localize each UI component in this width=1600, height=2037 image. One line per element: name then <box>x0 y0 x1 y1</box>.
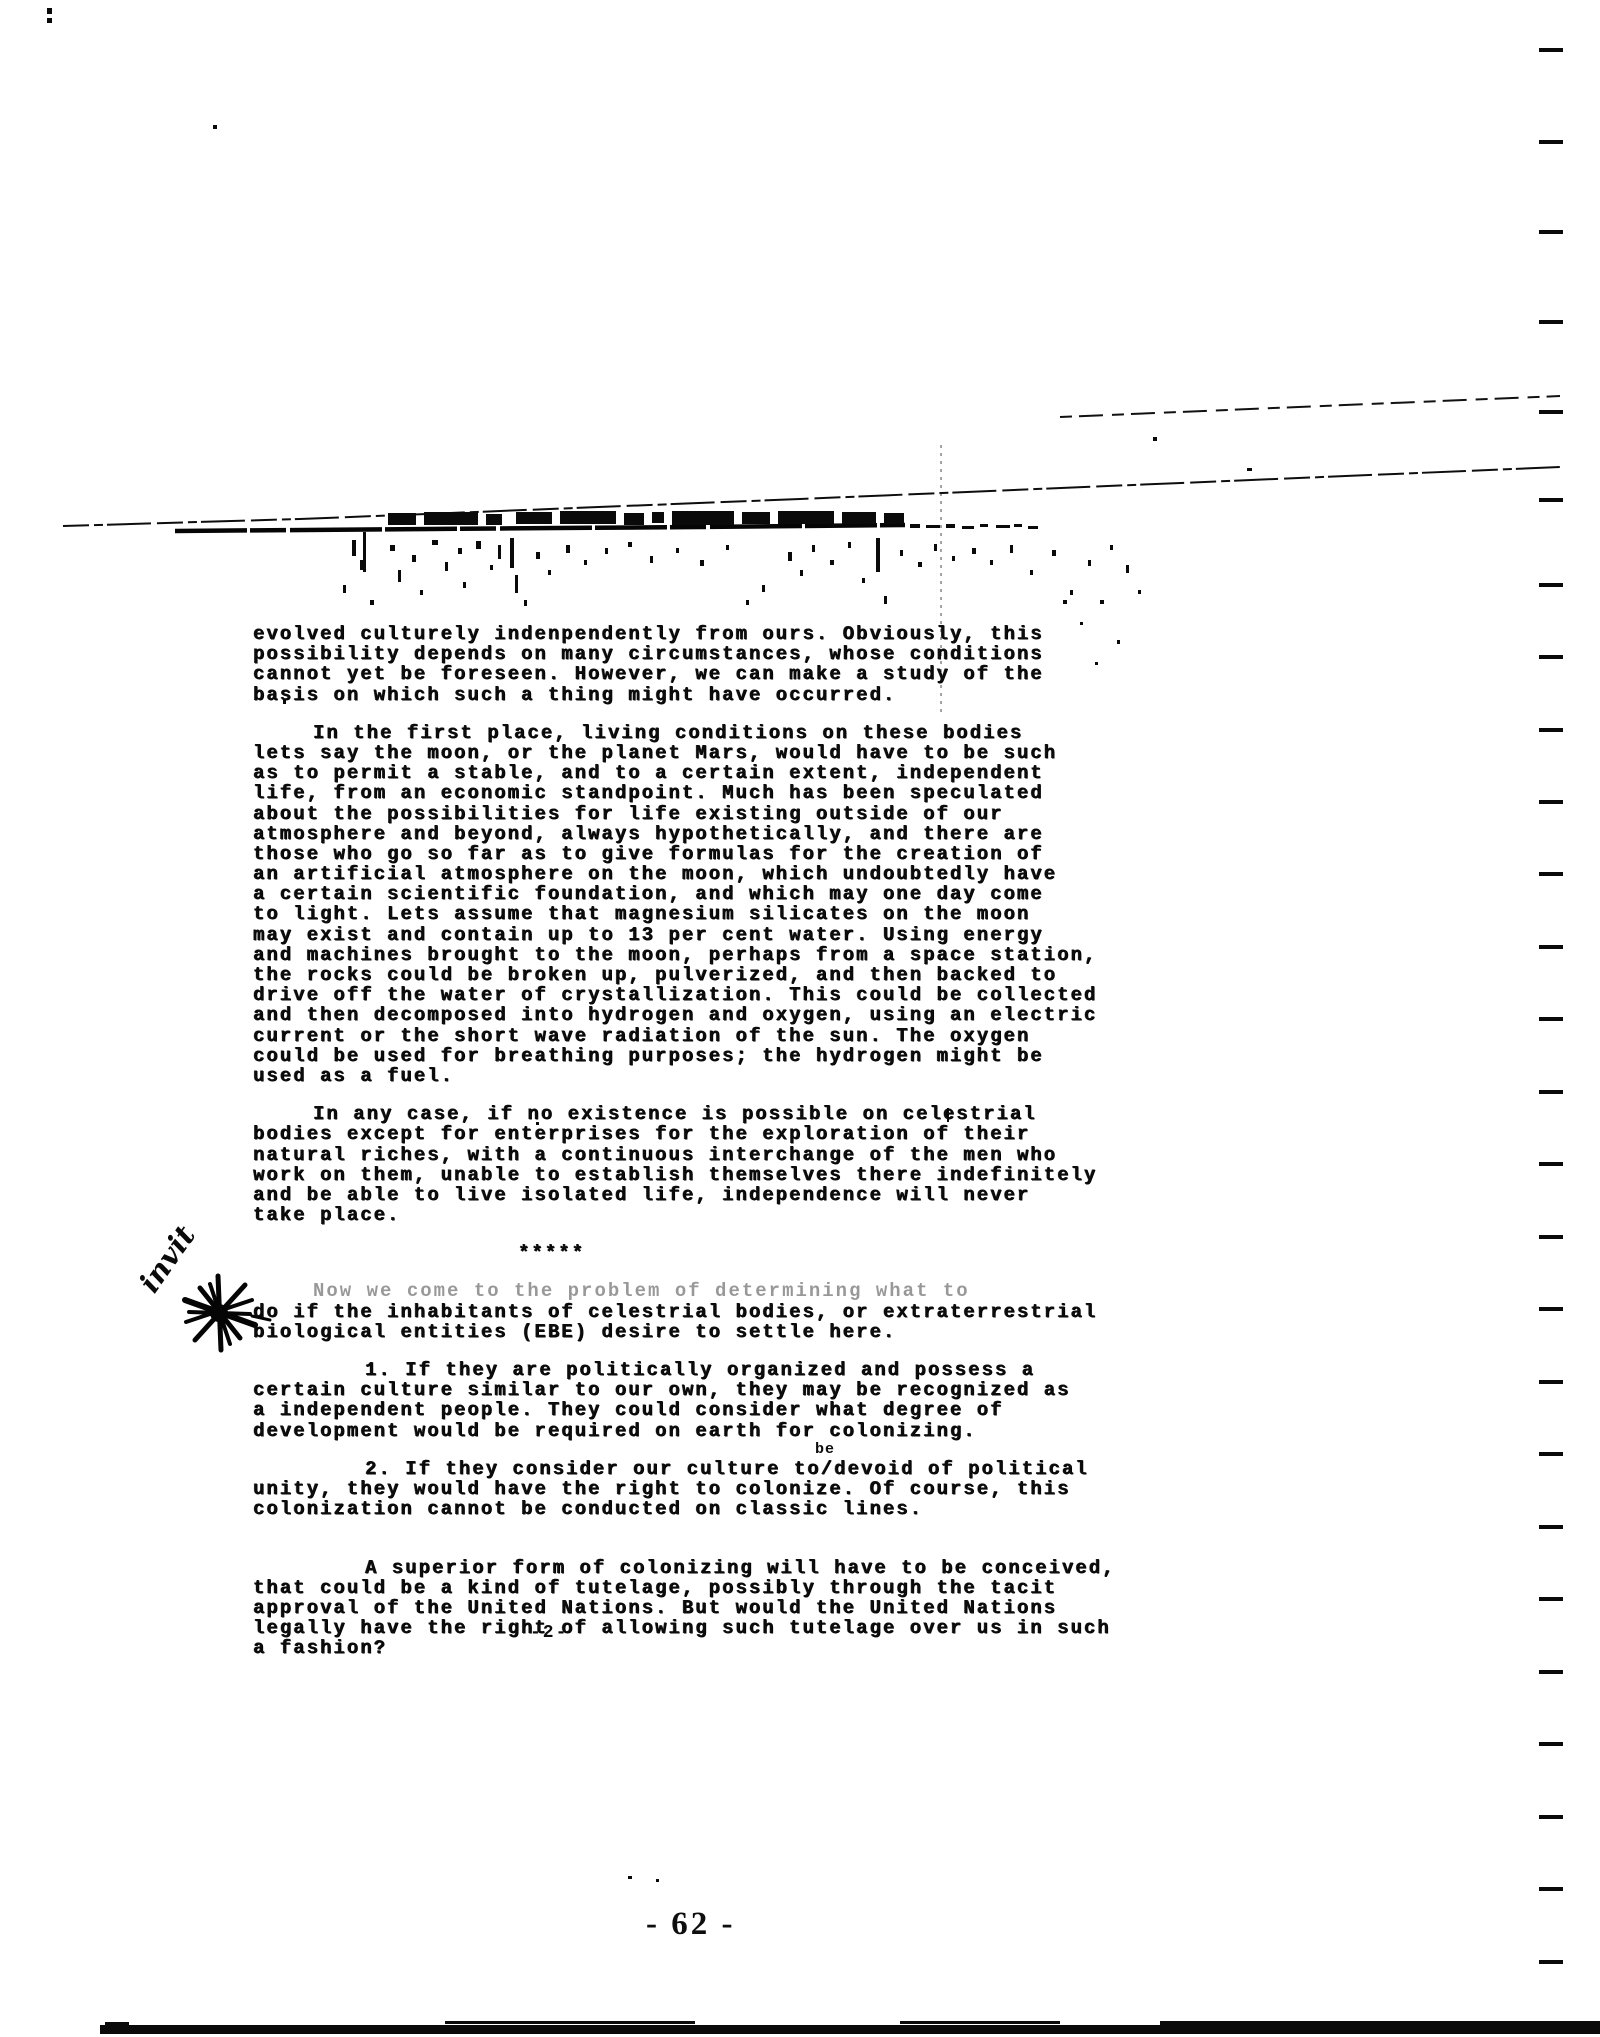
scan-speckle <box>343 585 346 593</box>
edge-mark <box>1539 655 1563 659</box>
scan-smudge-block <box>672 511 734 525</box>
text-line: biological entities (EBE) desire to sett… <box>253 1322 1193 1342</box>
handwritten-note: invit <box>132 1219 202 1299</box>
scan-speckle <box>746 600 749 605</box>
text-line: bodies except for enterprises for the ex… <box>253 1124 1193 1144</box>
scan-smudge-block <box>486 514 502 525</box>
scan-smudge-block <box>516 512 552 524</box>
scan-speckle <box>363 532 366 572</box>
scan-speckle <box>900 550 903 556</box>
scan-speckle <box>445 562 448 571</box>
scan-bottom-bar <box>105 2022 129 2026</box>
document-text: evolved culturely indenpendently from ou… <box>253 624 1193 1658</box>
text-line: In the first place, living conditions on… <box>253 723 1193 743</box>
paragraph-1: evolved culturely indenpendently from ou… <box>253 624 1193 705</box>
page-number: - 62 - <box>646 1906 735 1943</box>
paragraph-2: In the first place, living conditions on… <box>253 723 1193 1086</box>
edge-mark <box>1539 48 1563 52</box>
scan-speckle <box>830 560 834 565</box>
text-line: natural riches, with a continuous interc… <box>253 1145 1193 1165</box>
scan-speckle <box>990 560 993 565</box>
text-line: do if the inhabitants of celestrial bodi… <box>253 1302 1193 1322</box>
text-line: used as a fuel. <box>253 1066 1193 1086</box>
edge-mark <box>1539 728 1563 732</box>
text-line: take place. <box>253 1205 1193 1225</box>
edge-mark <box>1539 1887 1563 1891</box>
scan-speckle <box>510 538 514 568</box>
scan-smudge-block <box>388 513 416 525</box>
text-line: a certain scientific foundation, and whi… <box>253 884 1193 904</box>
edge-mark <box>1539 1525 1563 1529</box>
edge-mark <box>1539 1597 1563 1601</box>
paragraph-4: Now we come to the problem of determinin… <box>253 1281 1193 1342</box>
text-line: possibility depends on many circumstance… <box>253 644 1193 664</box>
scan-smudge-block <box>624 513 644 525</box>
scan-speckle <box>726 545 729 550</box>
scan-speckle <box>952 556 955 561</box>
scan-speckle <box>476 541 481 549</box>
edge-mark <box>1539 1090 1563 1094</box>
scan-speckle <box>213 125 217 129</box>
scan-speckle <box>884 596 887 604</box>
edge-mark <box>1539 1380 1563 1384</box>
numbered-item-2: 2. If they consider our culture to/devoi… <box>253 1459 1193 1540</box>
edge-mark <box>1539 498 1563 502</box>
scan-speckle <box>1126 565 1129 573</box>
edge-mark <box>1539 945 1563 949</box>
scan-speckle <box>1063 600 1067 604</box>
scan-speckle <box>584 560 587 565</box>
scan-speckle <box>676 548 679 553</box>
scan-dot <box>1028 526 1038 529</box>
text-line: unity, they would have the right to colo… <box>253 1479 1193 1499</box>
scan-speckle <box>848 542 851 548</box>
scan-speckle <box>515 575 518 593</box>
edge-mark <box>1539 1162 1563 1166</box>
scan-dot <box>1014 524 1022 527</box>
scan-speckle <box>458 548 462 554</box>
text-line: those who go so far as to give formulas … <box>253 844 1193 864</box>
scan-speckle <box>432 540 438 545</box>
scan-line-thin <box>63 467 1560 526</box>
scan-speckle <box>862 578 865 583</box>
text-line: atmosphere and beyond, always hypothetic… <box>253 824 1193 844</box>
text-line: work on them, unable to establish themse… <box>253 1165 1193 1185</box>
scan-smudge-block <box>652 512 664 523</box>
scan-smudge-block <box>424 512 478 525</box>
scan-dot <box>926 525 940 528</box>
scan-speckle <box>536 552 540 559</box>
text-line: an artificial atmosphere on the moon, wh… <box>253 864 1193 884</box>
text-line: approval of the United Nations. But woul… <box>253 1598 1193 1618</box>
text-line: about the possibilities for life existin… <box>253 804 1193 824</box>
scan-dot <box>946 524 955 528</box>
text-line: basis on which such a thing might have o… <box>253 685 1193 705</box>
text-line: and be able to live isolated life, indep… <box>253 1185 1193 1205</box>
scan-dot <box>980 524 988 527</box>
text-line: colonization cannot be conducted on clas… <box>253 1499 1193 1519</box>
text-line: evolved culturely indenpendently from ou… <box>253 624 1193 644</box>
scan-speckle <box>605 548 608 554</box>
text-line: and then decomposed into hydrogen and ox… <box>253 1005 1193 1025</box>
scan-speckle <box>650 556 653 563</box>
text-line: 2. If they consider our culture to/devoi… <box>253 1459 1193 1479</box>
scan-bottom-bar <box>100 2025 1600 2034</box>
scan-speckle <box>420 590 423 595</box>
text-line: a fashion? <box>253 1638 1193 1658</box>
edge-mark <box>1539 1960 1563 1964</box>
scan-smudge-block <box>884 513 904 524</box>
text-line: as to permit a stable, and to a certain … <box>253 763 1193 783</box>
text-line: to light. Lets assume that magnesium sil… <box>253 904 1193 924</box>
scan-speckle <box>1153 437 1157 441</box>
scanned-document-page: evolved culturely indenpendently from ou… <box>0 0 1600 2037</box>
scan-speckle <box>47 8 52 14</box>
edge-mark <box>1539 410 1563 414</box>
scan-speckle <box>1247 468 1252 471</box>
scan-dot <box>910 524 920 528</box>
separator: ***** <box>253 1243 1193 1263</box>
edge-mark <box>1539 1307 1563 1311</box>
text-line: 1. If they are politically organized and… <box>253 1360 1193 1380</box>
scan-speckle <box>934 544 937 551</box>
text-line: development would be required on earth f… <box>253 1421 1193 1441</box>
scan-bottom-bar <box>445 2021 695 2024</box>
scan-speckle <box>47 18 52 23</box>
scan-speckle <box>548 570 551 575</box>
scan-line-thick <box>175 525 905 531</box>
edge-mark <box>1539 800 1563 804</box>
edge-mark <box>1539 1235 1563 1239</box>
edge-mark <box>1539 1670 1563 1674</box>
scan-speckle <box>524 600 527 606</box>
scan-speckle <box>498 545 501 559</box>
scan-speckle <box>1010 545 1013 553</box>
edge-mark <box>1539 140 1563 144</box>
scan-speckle <box>1070 590 1073 595</box>
text-line: certain culture similar to our own, they… <box>253 1380 1193 1400</box>
scan-smudge-block <box>778 511 834 524</box>
text-line: and machines brought to the moon, perhap… <box>253 945 1193 965</box>
scan-dot <box>962 526 974 529</box>
text-line: a independent people. They could conside… <box>253 1400 1193 1420</box>
scan-speckle <box>1110 545 1113 550</box>
text-line: lets say the moon, or the planet Mars, w… <box>253 743 1193 763</box>
edge-mark <box>1539 872 1563 876</box>
edge-mark <box>1539 320 1563 324</box>
text-line: Now we come to the problem of determinin… <box>253 1281 1193 1301</box>
scan-speckle <box>1088 560 1091 566</box>
scan-speckle <box>1052 550 1056 556</box>
scan-speckle <box>1100 600 1104 604</box>
text-line: legally have the right of allowing such … <box>253 1618 1193 1638</box>
numbered-item-1: 1. If they are politically organized and… <box>253 1360 1193 1441</box>
text-line: ***** <box>253 1243 1193 1263</box>
scan-dot <box>996 525 1010 528</box>
scan-speckle <box>566 545 570 553</box>
edge-mark <box>1539 583 1563 587</box>
typed-page-marker: -2- <box>530 1623 568 1643</box>
scan-speckle <box>788 552 792 561</box>
text-line: life, from an economic standpoint. Much … <box>253 783 1193 803</box>
inserted-word: be <box>815 1441 835 1458</box>
text-line: current or the short wave radiation of t… <box>253 1026 1193 1046</box>
text-line: the rocks could be broken up, pulverized… <box>253 965 1193 985</box>
scan-speckle <box>628 542 632 547</box>
scan-speckle <box>656 1879 659 1882</box>
text-line: could be used for breathing purposes; th… <box>253 1046 1193 1066</box>
scan-speckle <box>370 600 374 605</box>
scan-speckle <box>490 565 493 570</box>
scan-speckle <box>812 545 815 552</box>
text-line: drive off the water of crystallization. … <box>253 985 1193 1005</box>
scan-smudge-block <box>560 511 616 524</box>
scan-speckle <box>700 560 704 566</box>
scan-speckle <box>352 540 356 556</box>
text-line <box>253 1519 1193 1539</box>
scan-speckle <box>918 562 922 567</box>
scan-speckle <box>360 560 363 570</box>
paragraph-3: In any case, if no existence is possible… <box>253 1104 1193 1225</box>
edge-mark <box>1539 1017 1563 1021</box>
scan-bottom-bar <box>1160 2021 1600 2027</box>
scan-speckle <box>463 582 466 588</box>
scan-speckle <box>972 548 976 554</box>
scan-speckle <box>762 585 765 592</box>
scan-speckle <box>628 1876 632 1879</box>
scan-speckle <box>412 555 416 562</box>
paragraph-5: A superior form of colonizing will have … <box>253 1558 1193 1659</box>
edge-mark <box>1539 1815 1563 1819</box>
scan-smudge-block <box>742 512 770 524</box>
scan-speckle <box>800 570 803 576</box>
scan-smudge-block <box>842 512 876 524</box>
text-line: A superior form of colonizing will have … <box>253 1558 1193 1578</box>
text-line: that could be a kind of tutelage, possib… <box>253 1578 1193 1598</box>
text-line: In any case, if no existence is possible… <box>253 1104 1193 1124</box>
text-line: may exist and contain up to 13 per cent … <box>253 925 1193 945</box>
scan-speckle <box>876 538 880 572</box>
scan-speckle <box>390 545 395 551</box>
edge-mark <box>1539 1742 1563 1746</box>
scan-line-top-right <box>1060 396 1560 417</box>
scan-speckle <box>398 570 401 582</box>
text-line: cannot yet be foreseen. However, we can … <box>253 664 1193 684</box>
edge-mark <box>1539 1452 1563 1456</box>
scan-bottom-bar <box>900 2021 1060 2024</box>
edge-mark <box>1539 230 1563 234</box>
scan-speckle <box>1030 570 1033 575</box>
scan-speckle <box>1138 590 1141 594</box>
